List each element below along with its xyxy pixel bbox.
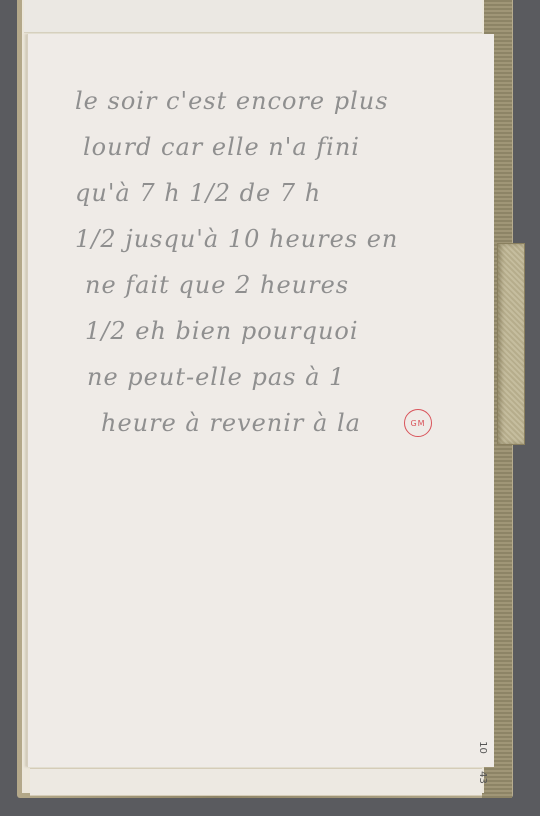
cloth-tab-bookmark [497,243,525,445]
handwriting-line: 1/2 eh bien pourquoi [85,308,455,354]
handwriting-line: lourd car elle n'a fini [83,124,455,170]
handwriting-line: ne peut-elle pas à 1 [87,354,455,400]
handwritten-text: le soir c'est encore plus lourd car elle… [75,78,455,446]
folio-number: 10 [477,741,488,754]
folio-number: 43 [477,771,488,784]
handwriting-line: heure à revenir à la [101,400,455,446]
handwriting-line: ne fait que 2 heures [85,262,455,308]
top-page-fold [24,0,482,33]
handwriting-line: qu'à 7 h 1/2 de 7 h [75,170,455,216]
handwriting-line: le soir c'est encore plus [75,78,455,124]
library-stamp: GM [404,409,432,437]
lower-page-edge [30,768,482,796]
handwriting-line: 1/2 jusqu'à 10 heures en [75,216,455,262]
